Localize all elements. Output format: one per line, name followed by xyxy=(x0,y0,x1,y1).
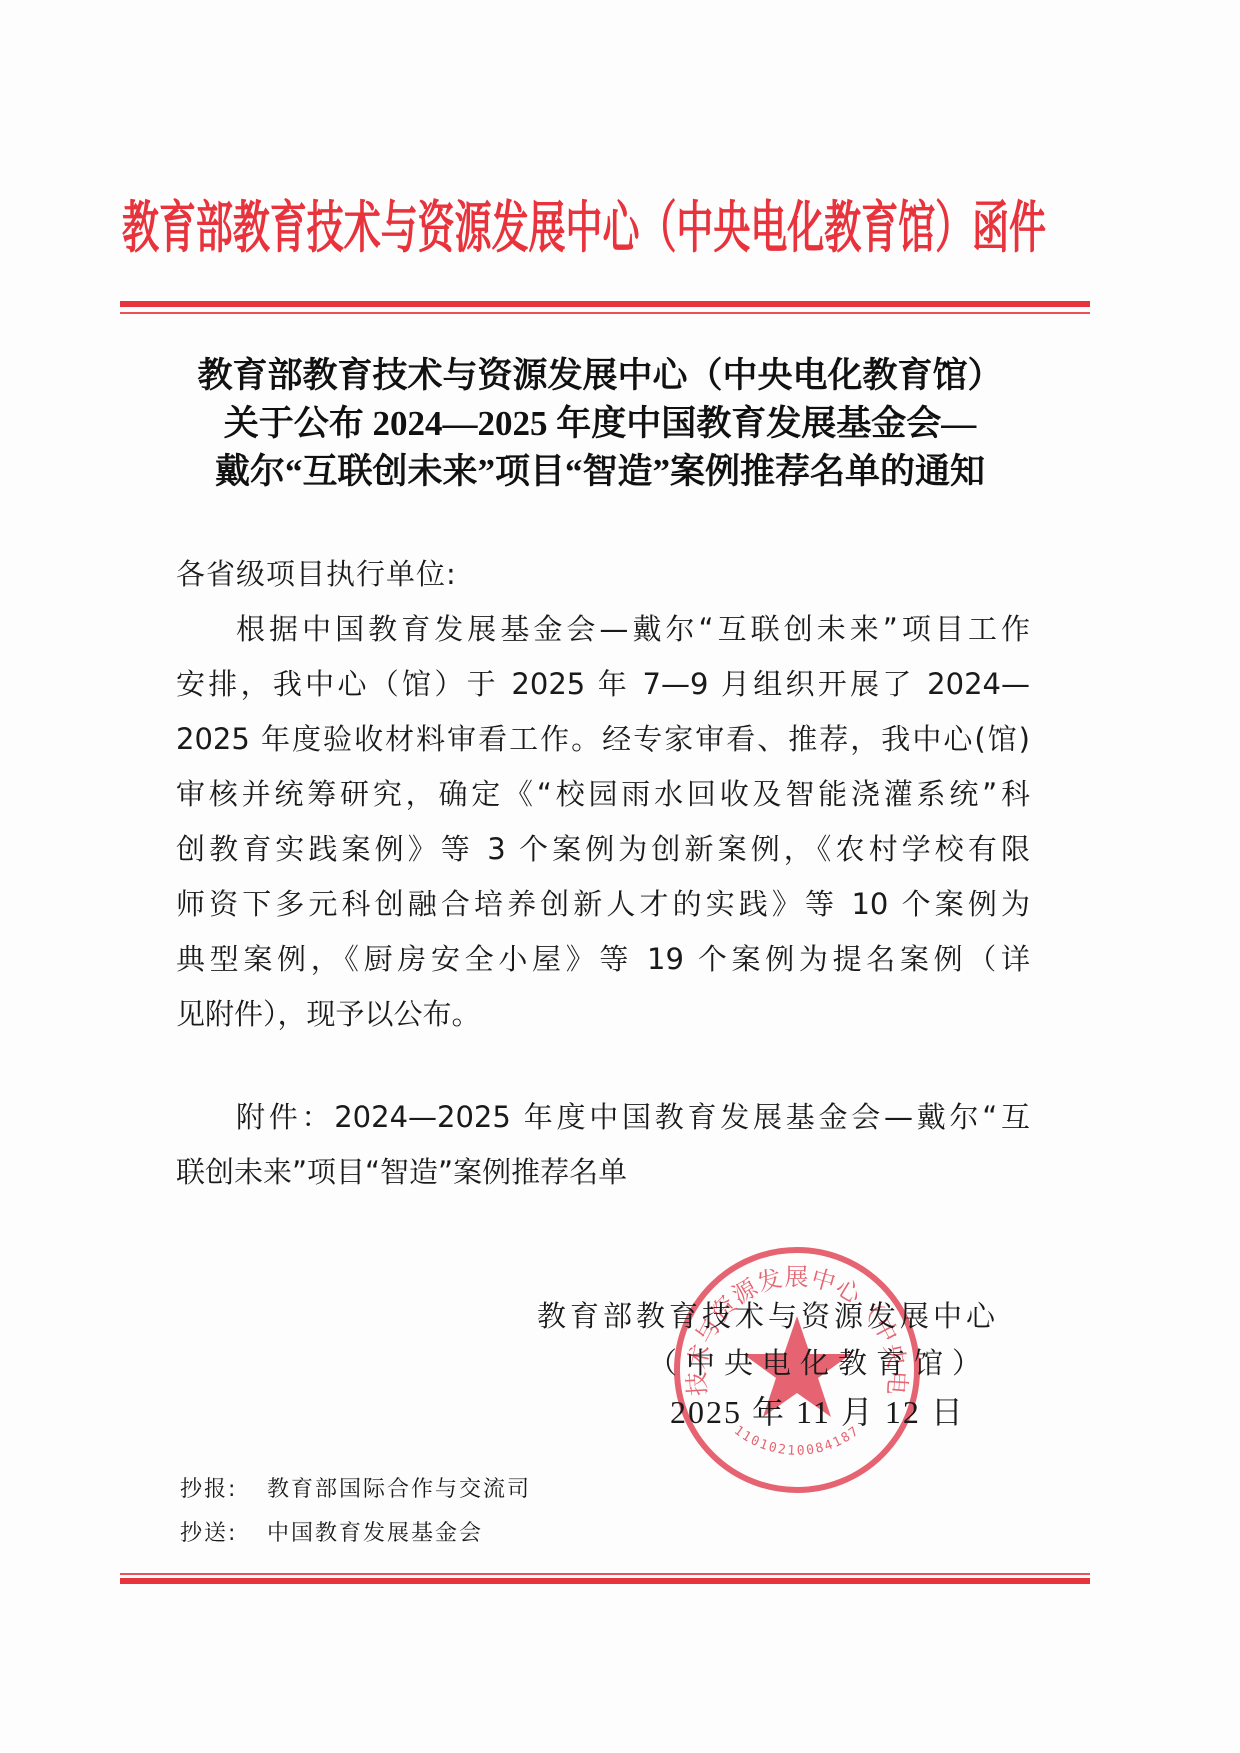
attachment-line-2: 联创未来”项目“智造”案例推荐名单 xyxy=(176,1145,1030,1200)
signature-org-line-2: （中央电化教育馆） xyxy=(648,1341,990,1382)
signature-date: 2025 年 11 月 12 日 xyxy=(670,1387,965,1433)
body-line: 见附件），现予以公布。 xyxy=(176,987,1030,1042)
document-title-line-3: 戴尔“互联创未来”项目“智造”案例推荐名单的通知 xyxy=(150,448,1050,496)
cc-block: 抄报: 教育部国际合作与交流司 抄送: 中国教育发展基金会 xyxy=(180,1468,531,1556)
attachment-note: 附件：2024—2025 年度中国教育发展基金会—戴尔“互 联创未来”项目“智造… xyxy=(176,1090,1030,1200)
letterhead-rule-thick xyxy=(120,301,1090,307)
document-title: 教育部教育技术与资源发展中心（中央电化教育馆） 关于公布 2024—2025 年… xyxy=(150,352,1050,496)
body-line: 安排，我中心（馆）于 2025 年 7—9 月组织开展了 2024— xyxy=(176,657,1030,712)
cc-label: 抄报: xyxy=(180,1468,258,1512)
letterhead-title: 教育部教育技术与资源发展中心（中央电化教育馆）函件 xyxy=(122,190,1078,266)
body-line: 师资下多元科创融合培养创新人才的实践》等 10 个案例为 xyxy=(176,877,1030,932)
cc-value: 中国教育发展基金会 xyxy=(267,1521,483,1546)
letterhead-rule-thin xyxy=(120,312,1090,314)
body-line: 2025 年度验收材料审看工作。经专家审看、推荐，我中心(馆) xyxy=(176,712,1030,767)
letterhead-title-text: 教育部教育技术与资源发展中心（中央电化教育馆）函件 xyxy=(122,190,1046,266)
body-paragraph: 根据中国教育发展基金会—戴尔“互联创未来”项目工作 安排，我中心（馆）于 202… xyxy=(176,602,1030,1042)
body-line: 典型案例，《厨房安全小屋》等 19 个案例为提名案例（详 xyxy=(176,932,1030,987)
document-page: 教育部教育技术与资源发展中心（中央电化教育馆）函件 教育部教育技术与资源发展中心… xyxy=(0,0,1240,1753)
salutation: 各省级项目执行单位: xyxy=(176,547,457,602)
body-line: 审核并统筹研究，确定《“校园雨水回收及智能浇灌系统”科 xyxy=(176,767,1030,822)
cc-row-report: 抄报: 教育部国际合作与交流司 xyxy=(180,1468,531,1512)
signature-org-line-1: 教育部教育技术与资源发展中心 xyxy=(537,1294,999,1335)
document-title-line-1: 教育部教育技术与资源发展中心（中央电化教育馆） xyxy=(150,352,1050,400)
body-line: 根据中国教育发展基金会—戴尔“互联创未来”项目工作 xyxy=(176,602,1030,657)
cc-row-send: 抄送: 中国教育发展基金会 xyxy=(180,1512,531,1556)
attachment-line-1: 附件：2024—2025 年度中国教育发展基金会—戴尔“互 xyxy=(176,1090,1030,1145)
footer-rule-thin xyxy=(120,1573,1090,1575)
cc-value: 教育部国际合作与交流司 xyxy=(267,1477,531,1502)
cc-label: 抄送: xyxy=(180,1512,258,1556)
body-line: 创教育实践案例》等 3 个案例为创新案例，《农村学校有限 xyxy=(176,822,1030,877)
footer-rule-thick xyxy=(120,1578,1090,1584)
document-title-line-2: 关于公布 2024—2025 年度中国教育发展基金会— xyxy=(150,400,1050,448)
